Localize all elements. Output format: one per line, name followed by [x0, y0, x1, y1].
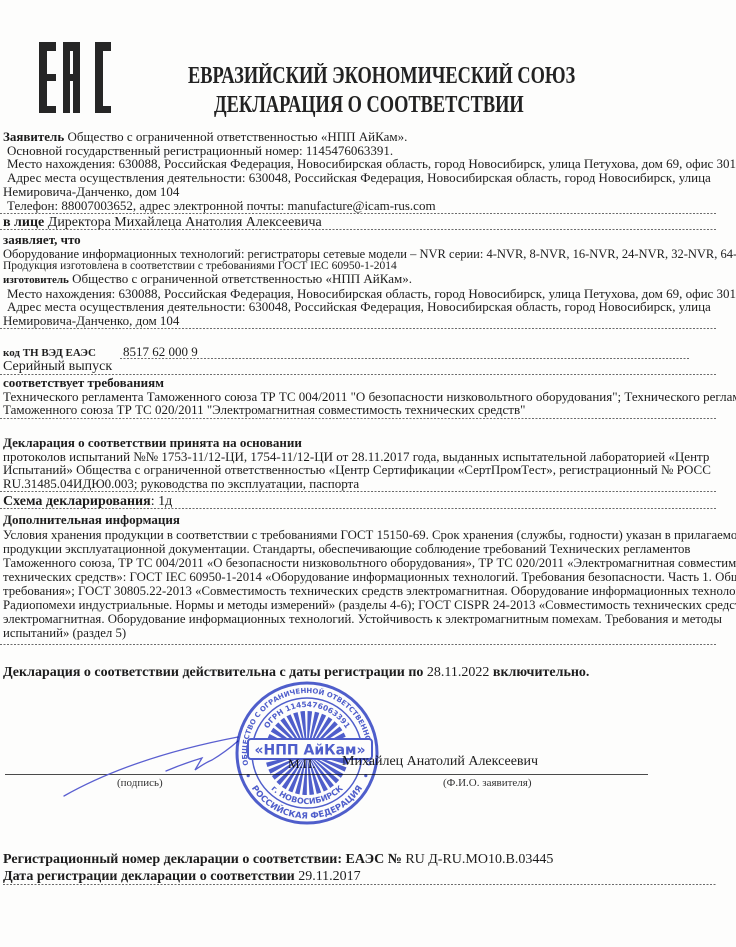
separator-line	[0, 418, 717, 419]
validity-suffix: включительно.	[493, 665, 590, 680]
basis-label: Декларация о соответствии принята на осн…	[3, 436, 302, 450]
representative-value: Директора Михайлеца Анатолия Алексеевича	[48, 215, 322, 230]
eac-logo-icon	[39, 42, 111, 113]
applicant-activity-address: Адрес места осуществления деятельности: …	[3, 171, 711, 185]
separator-line	[3, 884, 717, 885]
validity-date: 28.11.2022	[427, 665, 489, 680]
declares-label: заявляет, что	[3, 233, 81, 247]
additional-info-line: технических средств»: ГОСТ IEC 60950-1-2…	[3, 570, 736, 584]
separator-line	[0, 644, 717, 645]
scheme-line: Схема декларирования: 1д	[3, 494, 172, 509]
manufacturer-activity-address-cont: Немировича-Данченко, дом 104	[3, 314, 179, 328]
applicant-line: Заявитель Общество с ограниченной ответс…	[3, 130, 407, 144]
seal-ogrn-text: ОГРН 1145476063391	[262, 700, 352, 730]
applicant-name: Общество с ограниченной ответственностью…	[67, 129, 407, 144]
separator-line	[120, 358, 690, 359]
applicant-contacts: Телефон: 88007003652, адрес электронной …	[3, 199, 436, 213]
manufacturer-name: Общество с ограниченной ответственностью…	[72, 271, 412, 286]
additional-info-line: продукции эксплуатационной документации.…	[3, 542, 690, 556]
company-seal-icon: ОБЩЕСТВО С ОГРАНИЧЕННОЙ ОТВЕТСТВЕННОСТЬЮ…	[234, 680, 380, 826]
document-title: ДЕКЛАРАЦИЯ О СООТВЕТСТВИИ	[214, 92, 524, 118]
additional-info-line: Таможенного союза, ТР ТС 004/2011 «О без…	[3, 556, 736, 570]
seal-city-text: г. НОВОСИБИРСК	[269, 783, 344, 806]
union-title: ЕВРАЗИЙСКИЙ ЭКОНОМИЧЕСКИЙ СОЮЗ	[188, 63, 575, 89]
seal-company-name: «НПП АйКам»	[254, 743, 365, 759]
applicant-activity-address-cont: Немировича-Данченко, дом 104	[3, 185, 179, 199]
separator-line	[0, 229, 717, 230]
svg-text:ОГРН 1145476063391: ОГРН 1145476063391	[262, 700, 352, 730]
basis-line: RU.31485.04ИДЮ0.003; руководства по эксп…	[3, 477, 359, 491]
registration-number-label: Регистрационный номер декларации о соотв…	[3, 852, 402, 867]
registration-date-label: Дата регистрации декларации о соответств…	[3, 869, 295, 884]
registration-number-value: RU Д-RU.МО10.В.03445	[405, 852, 553, 867]
separator-line	[0, 328, 717, 329]
customs-code-value: 8517 62 000 9	[123, 345, 198, 359]
additional-info-line: испытаний» (раздел 5)	[3, 626, 126, 640]
registration-number-line: Регистрационный номер декларации о соотв…	[3, 852, 553, 867]
registration-date-line: Дата регистрации декларации о соответств…	[3, 869, 361, 884]
scheme-value: : 1д	[151, 494, 173, 509]
customs-code-label: код ТН ВЭД ЕАЭС	[3, 346, 96, 360]
validity-line: Декларация о соответствии действительна …	[3, 665, 589, 680]
representative-line: в лице Директора Михайлеца Анатолия Алек…	[3, 215, 322, 230]
applicant-address: Место нахождения: 630088, Российская Фед…	[3, 157, 736, 171]
additional-info-line: электромагнитная. Оборудование информаци…	[3, 612, 722, 626]
additional-info-line: Условия хранения продукции в соответстви…	[3, 528, 736, 542]
registration-date-value: 29.11.2017	[298, 869, 360, 884]
additional-info-line: Радиопомехи индустриальные. Нормы и мето…	[3, 598, 736, 612]
applicant-label: Заявитель	[3, 129, 64, 144]
compliance-label: соответствует требованиям	[3, 376, 164, 390]
validity-prefix: Декларация о соответствии действительна …	[3, 665, 423, 680]
basis-line: Испытаний» Общества с ограниченной ответ…	[3, 463, 711, 477]
manufacturer-label: изготовитель	[3, 274, 69, 286]
additional-info-label: Дополнительная информация	[3, 513, 180, 527]
representative-label: в лице	[3, 215, 44, 230]
manufacturer-activity-address: Адрес места осуществления деятельности: …	[3, 300, 711, 314]
separator-line	[0, 508, 717, 509]
release-type: Серийный выпуск	[3, 359, 112, 374]
svg-text:г. НОВОСИБИРСК: г. НОВОСИБИРСК	[269, 783, 344, 806]
manufacturer-line: изготовитель Общество с ограниченной отв…	[3, 272, 412, 287]
compliance-line: Таможенного союза ТР ТС 020/2011 "Электр…	[3, 403, 525, 417]
additional-info-line: требования»; ГОСТ 30805.22-2013 «Совмест…	[3, 584, 736, 598]
separator-line	[0, 213, 717, 214]
scheme-label: Схема декларирования	[3, 494, 151, 509]
name-caption: (Ф.И.О. заявителя)	[443, 777, 532, 789]
separator-line	[0, 491, 717, 492]
